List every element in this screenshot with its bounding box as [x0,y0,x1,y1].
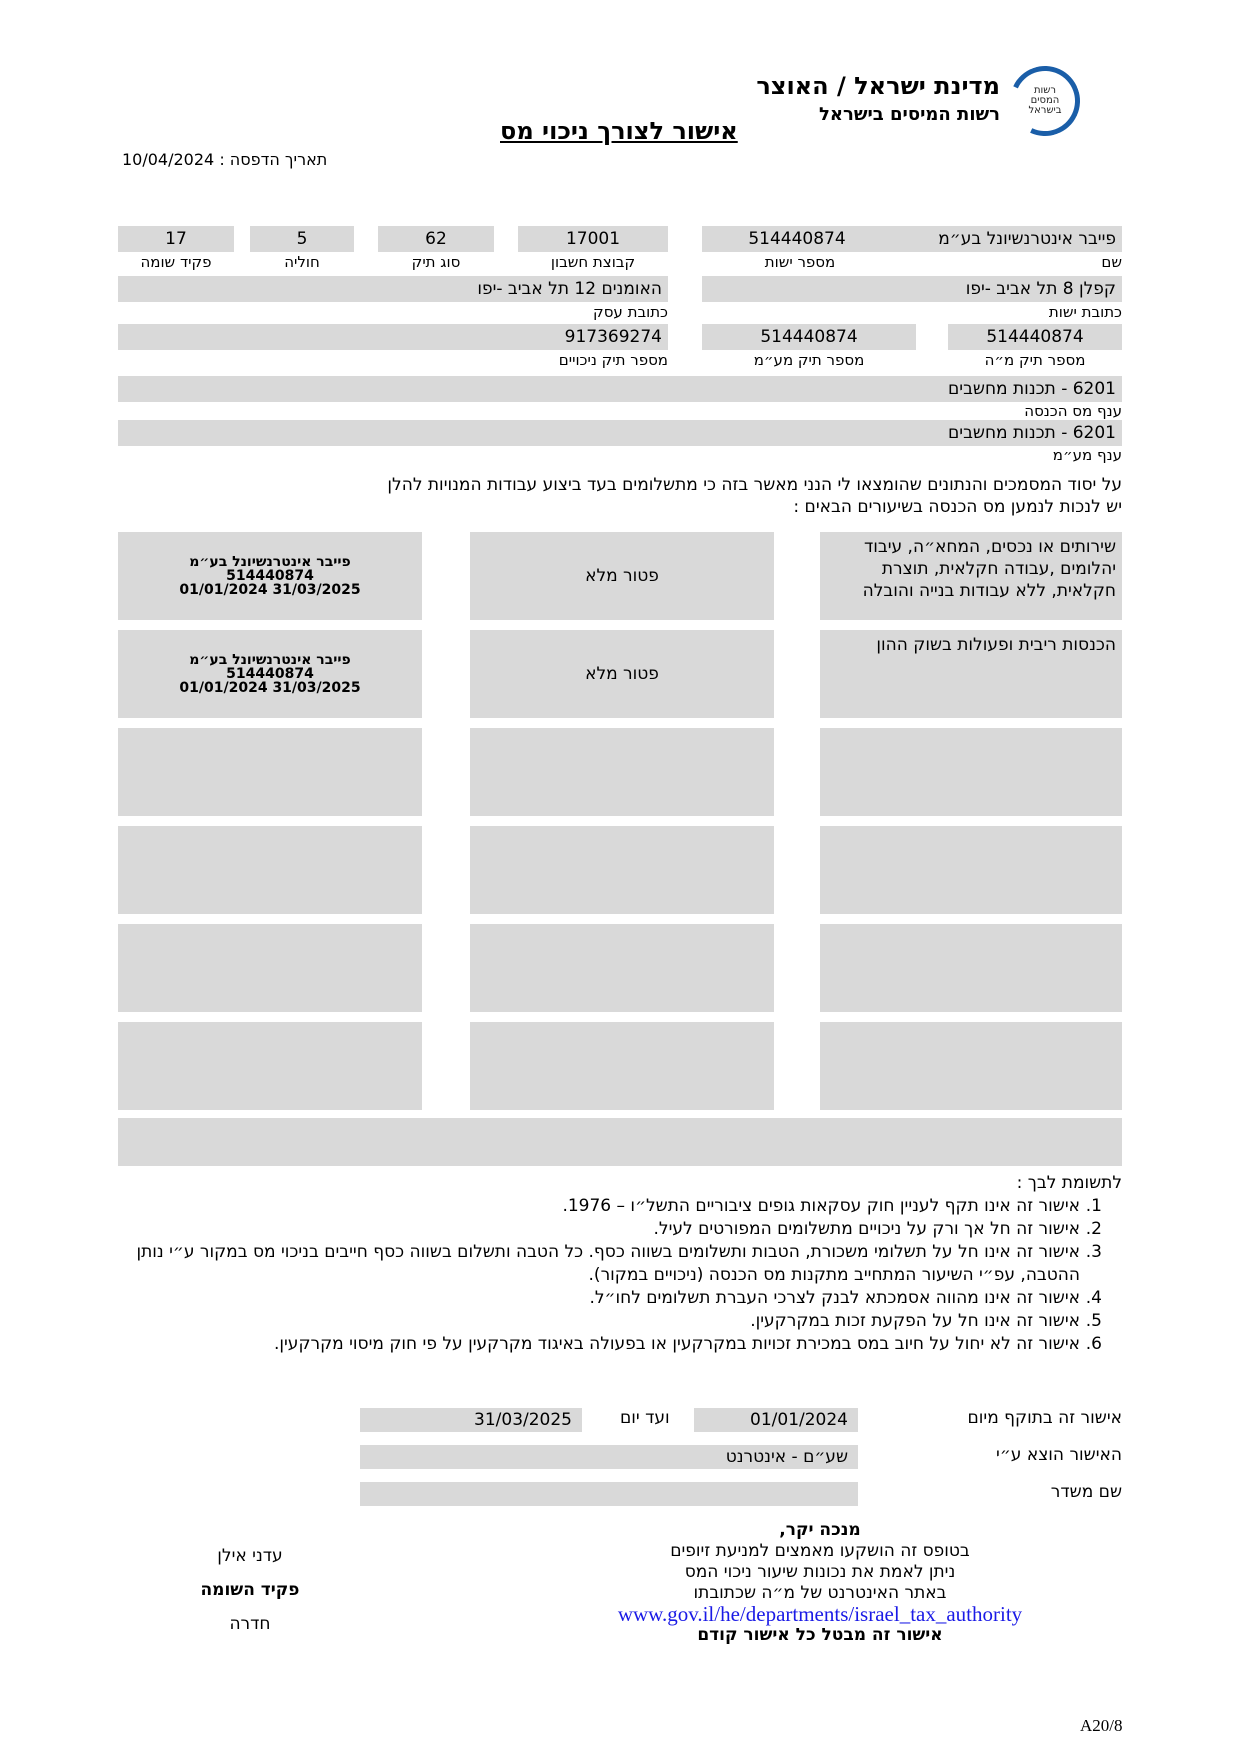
note-number: 4. [1086,1287,1102,1310]
stamp-dates: 31/03/2025 01/01/2024 [179,681,360,695]
footer-note: מנכה יקר, בטופס זה הושקעו מאמצים למניעת … [560,1520,1080,1646]
valid-from-value: 01/01/2024 [750,1410,848,1430]
entity-address-value: קפלן 8 תל אביב -יפו [966,279,1116,299]
intro-line2: יש לנכות לנמען מס הכנסה בשיעורים הבאים : [122,496,1122,518]
deductions-file-field: 917369274 [118,324,668,350]
org-subname: רשות המיסים בישראל [819,104,1000,125]
document-title: אישור לצורך ניכוי מס [500,117,738,145]
org-name: מדינת ישראל / האוצר [756,72,1000,100]
business-address-field: האומנים 12 תל אביב -יפו [118,276,668,302]
note-text: אישור זה לא יחול על חיוב במס במכירת זכוי… [274,1334,1080,1354]
rates-footer-box [118,1118,1122,1166]
vat-branch-field: 6201 - תכנות מחשבים [118,420,1122,446]
note-item: 5.אישור זה אינו חל על הפקעת זכות במקרקעי… [122,1310,1102,1333]
assessor-field: 17 [118,226,234,252]
rate-value-cell [470,1022,774,1110]
rate-service-cell [820,728,1122,816]
stamp-dates: 31/03/2025 01/01/2024 [179,583,360,597]
income-tax-branch-field: 6201 - תכנות מחשבים [118,376,1122,402]
income-tax-file-label: מספר תיק מ״ה [948,350,1122,370]
rate-stamp-cell [118,826,422,914]
note-text: אישור זה אינו מהווה אסמכתא לבנק לצרכי הע… [589,1288,1080,1308]
note-number: 3. [1086,1241,1102,1264]
business-address-label: כתובת עסק [593,302,668,322]
notes-title: לתשומת לבך : [122,1172,1122,1195]
print-date-value: 10/04/2024 [122,150,214,169]
note-item: 1.אישור זה אינו תקף לעניין חוק עסקאות גו… [122,1195,1102,1218]
tax-authority-link[interactable]: www.gov.il/he/departments/israel_tax_aut… [560,1604,1080,1625]
entity-address-field: קפלן 8 תל אביב -יפו [702,276,1122,302]
income-tax-branch-value: 6201 - תכנות מחשבים [948,379,1116,399]
print-date-label: תאריך הדפסה : [219,150,327,169]
file-type-value: 62 [425,229,447,249]
office-field [360,1482,858,1506]
note-item: 6.אישור זה לא יחול על חיוב במס במכירת זכ… [122,1333,1102,1356]
rate-value-cell [470,924,774,1012]
assessor-label: פקיד שומה [118,252,234,272]
notes-section: לתשומת לבך : 1.אישור זה אינו תקף לעניין … [122,1172,1122,1356]
note-number: 5. [1086,1310,1102,1333]
note-text: אישור זה אינו תקף לעניין חוק עסקאות גופי… [562,1196,1080,1216]
signer-office: חדרה [190,1614,310,1634]
intro-line1: על יסוד המסמכים והנתונים שהומצאו לי הנני… [122,474,1122,496]
note-text: אישור זה חל אך ורק על ניכויים מתשלומים ה… [654,1219,1081,1239]
rate-value-cell: פטור מלא [470,532,774,620]
entity-address-label: כתובת ישות [1049,302,1122,322]
note-number: 2. [1086,1218,1102,1241]
form-code: A20/8 [1080,1716,1123,1736]
print-date: תאריך הדפסה : 10/04/2024 [122,150,327,169]
entity-name-value: פייבר אינטרנשיונל בע״מ [938,229,1116,249]
issued-by-field: שע״ם - אינטרנט [360,1445,858,1469]
vat-file-field: 514440874 [702,324,916,350]
vat-file-value: 514440874 [760,327,857,347]
stamp-entity-number: 514440874 [226,569,314,583]
vat-file-label: מספר תיק מע״מ [702,350,916,370]
cancel-note: אישור זה מבטל כל אישור קודם [560,1625,1080,1646]
rate-stamp-cell [118,924,422,1012]
entity-number-value: 514440874 [748,229,845,249]
note-number: 1. [1086,1195,1102,1218]
account-group-field: 17001 [518,226,668,252]
rate-value-cell [470,826,774,914]
rate-service-cell: שירותים או נכסים, המחא״ה, עיבוד יהלומים … [820,532,1122,620]
rate-service-cell [820,924,1122,1012]
note-item: 4.אישור זה אינו מהווה אסמכתא לבנק לצרכי … [122,1287,1102,1310]
entity-number-label: מספר ישות [730,252,870,272]
footer-line2: ניתן לאמת את נכונות שיעור ניכוי המס [560,1562,1080,1583]
note-number: 6. [1086,1333,1102,1356]
notes-list: 1.אישור זה אינו תקף לעניין חוק עסקאות גו… [122,1195,1122,1356]
entity-name-label: שם [1101,252,1122,272]
intro-paragraph: על יסוד המסמכים והנתונים שהומצאו לי הנני… [122,474,1122,518]
vat-branch-label: ענף מע״מ [1053,445,1122,465]
signer-name: עדני אילן [190,1546,310,1566]
office-label: שם משדר [1051,1482,1122,1502]
valid-to-value: 31/03/2025 [474,1410,572,1430]
note-item: 2.אישור זה חל אך ורק על ניכויים מתשלומים… [122,1218,1102,1241]
issued-by-value: שע״ם - אינטרנט [726,1447,848,1467]
income-tax-branch-label: ענף מס הכנסה [1024,401,1122,421]
signer-title: פקיד השומה [190,1580,310,1600]
business-address-value: האומנים 12 תל אביב -יפו [477,279,662,299]
deductions-file-value: 917369274 [565,327,662,347]
rate-service-cell [820,826,1122,914]
note-item: 3.אישור זה אינו חל על תשלומי משכורת, הטב… [122,1241,1102,1287]
valid-to-field: 31/03/2025 [360,1408,582,1432]
valid-from-field: 01/01/2024 [694,1408,858,1432]
tax-authority-logo: רשות המסים בישראל [1010,66,1080,136]
assessor-value: 17 [165,229,187,249]
rate-stamp-cell [118,1022,422,1110]
rate-service-cell: הכנסות ריבית ופעולות בשוק ההון [820,630,1122,718]
file-type-label: סוג תיק [378,252,494,272]
rate-stamp-cell: פייבר אינטרנשיונל בע״מ51444087431/03/202… [118,532,422,620]
issued-by-label: האישור הוצא ע״י [996,1445,1122,1465]
valid-from-label: אישור זה בתוקף מיום [968,1408,1122,1428]
district-label: חוליה [250,252,354,272]
rate-service-cell [820,1022,1122,1110]
rate-stamp-cell [118,728,422,816]
note-text: אישור זה אינו חל על הפקעת זכות במקרקעין. [750,1311,1080,1331]
file-type-field: 62 [378,226,494,252]
stamp-entity-name: פייבר אינטרנשיונל בע״מ [189,653,350,667]
stamp-entity-number: 514440874 [226,667,314,681]
income-tax-file-field: 514440874 [948,324,1122,350]
entity-number-field: 514440874 [702,226,892,252]
rate-value-cell [470,728,774,816]
logo-text-line3: בישראל [1028,106,1061,116]
vat-branch-value: 6201 - תכנות מחשבים [948,423,1116,443]
income-tax-file-value: 514440874 [986,327,1083,347]
deductions-file-label: מספר תיק ניכויים [559,350,668,370]
district-field: 5 [250,226,354,252]
footer-line1: בטופס זה הושקעו מאמצים למניעת זיופים [560,1541,1080,1562]
rate-stamp-cell: פייבר אינטרנשיונל בע״מ51444087431/03/202… [118,630,422,718]
note-text: אישור זה אינו חל על תשלומי משכורת, הטבות… [136,1242,1080,1285]
valid-to-label: ועד יום [620,1408,670,1428]
account-group-label: קבוצת חשבון [518,252,668,272]
stamp-entity-name: פייבר אינטרנשיונל בע״מ [189,555,350,569]
rate-value-cell: פטור מלא [470,630,774,718]
footer-greeting: מנכה יקר, [560,1520,1080,1541]
footer-line3: באתר האינטרנט של מ״ה שכתובתו [560,1583,1080,1604]
account-group-value: 17001 [566,229,620,249]
district-value: 5 [297,229,308,249]
